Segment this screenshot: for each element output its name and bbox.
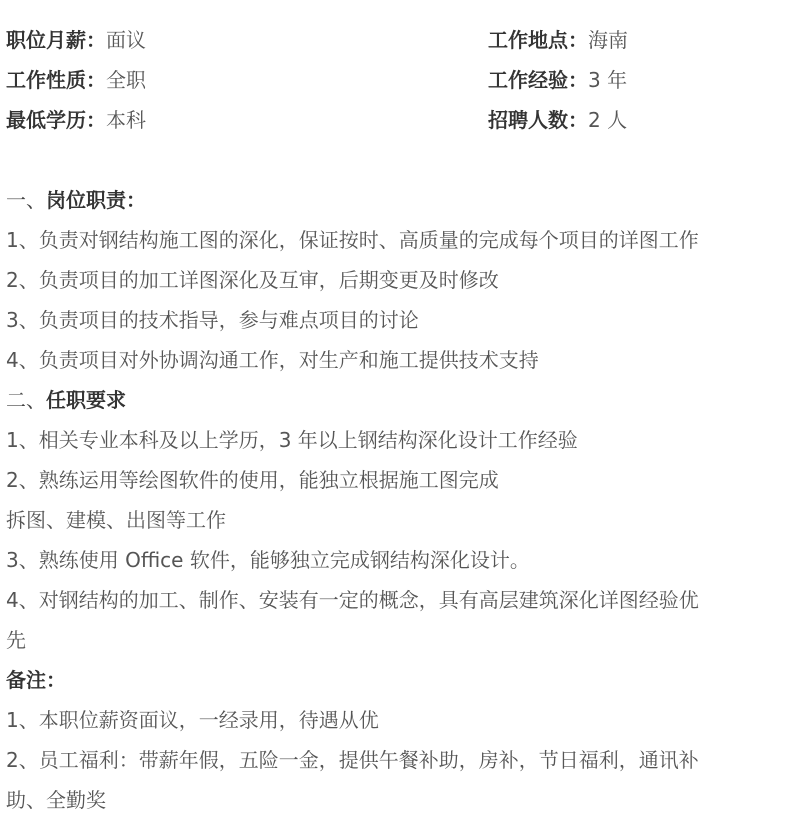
job-info-row-2: 工作性质：全职 工作经验：3 年: [6, 60, 800, 100]
headcount-field: 招聘人数：2 人: [488, 100, 627, 140]
duty-item: 2、负责项目的加工详图深化及互审，后期变更及时修改: [6, 260, 800, 300]
salary-field: 职位月薪：面议: [6, 20, 488, 60]
requirements-heading: 二、任职要求: [6, 380, 800, 420]
requirement-item: 2、熟练运用等绘图软件的使用，能独立根据施工图完成: [6, 460, 800, 500]
note-item: 1、本职位薪资面议，一经录用，待遇从优: [6, 700, 800, 740]
experience-field: 工作经验：3 年: [488, 60, 627, 100]
duties-heading: 一、岗位职责：: [6, 180, 800, 220]
job-info-row-1: 职位月薪：面议 工作地点：海南: [6, 20, 800, 60]
education-value: 本科: [106, 108, 146, 132]
duties-heading-number: 一、: [6, 188, 46, 212]
experience-value: 3 年: [588, 68, 627, 92]
job-type-label: 工作性质：: [6, 68, 106, 92]
salary-label: 职位月薪：: [6, 28, 106, 52]
headcount-value: 2 人: [588, 108, 627, 132]
education-label: 最低学历：: [6, 108, 106, 132]
location-value: 海南: [588, 28, 628, 52]
job-posting: 职位月薪：面议 工作地点：海南 工作性质：全职 工作经验：3 年 最低学历：本科…: [0, 0, 800, 819]
job-type-field: 工作性质：全职: [6, 60, 488, 100]
headcount-label: 招聘人数：: [488, 108, 588, 132]
requirements-heading-title: 任职要求: [46, 388, 126, 412]
requirement-item: 4、对钢结构的加工、制作、安装有一定的概念，具有高层建筑深化详图经验优: [6, 580, 800, 620]
duty-item: 1、负责对钢结构施工图的深化，保证按时、高质量的完成每个项目的详图工作: [6, 220, 800, 260]
note-item: 2、员工福利：带薪年假，五险一金，提供午餐补助，房补，节日福利，通讯补: [6, 740, 800, 780]
education-field: 最低学历：本科: [6, 100, 488, 140]
duty-item: 4、负责项目对外协调沟通工作，对生产和施工提供技术支持: [6, 340, 800, 380]
duties-heading-title: 岗位职责：: [46, 188, 146, 212]
notes-heading: 备注：: [6, 660, 800, 700]
requirement-item: 3、熟练使用 Office 软件，能够独立完成钢结构深化设计。: [6, 540, 800, 580]
job-info-row-3: 最低学历：本科 招聘人数：2 人: [6, 100, 800, 140]
spacer: [6, 140, 800, 180]
requirements-heading-number: 二、: [6, 388, 46, 412]
experience-label: 工作经验：: [488, 68, 588, 92]
location-label: 工作地点：: [488, 28, 588, 52]
location-field: 工作地点：海南: [488, 20, 628, 60]
requirement-item-continued: 先: [6, 620, 800, 660]
requirement-item-continued: 拆图、建模、出图等工作: [6, 500, 800, 540]
duty-item: 3、负责项目的技术指导，参与难点项目的讨论: [6, 300, 800, 340]
note-item-continued: 助、全勤奖: [6, 780, 800, 819]
salary-value: 面议: [106, 28, 146, 52]
job-type-value: 全职: [106, 68, 146, 92]
requirement-item: 1、相关专业本科及以上学历，3 年以上钢结构深化设计工作经验: [6, 420, 800, 460]
